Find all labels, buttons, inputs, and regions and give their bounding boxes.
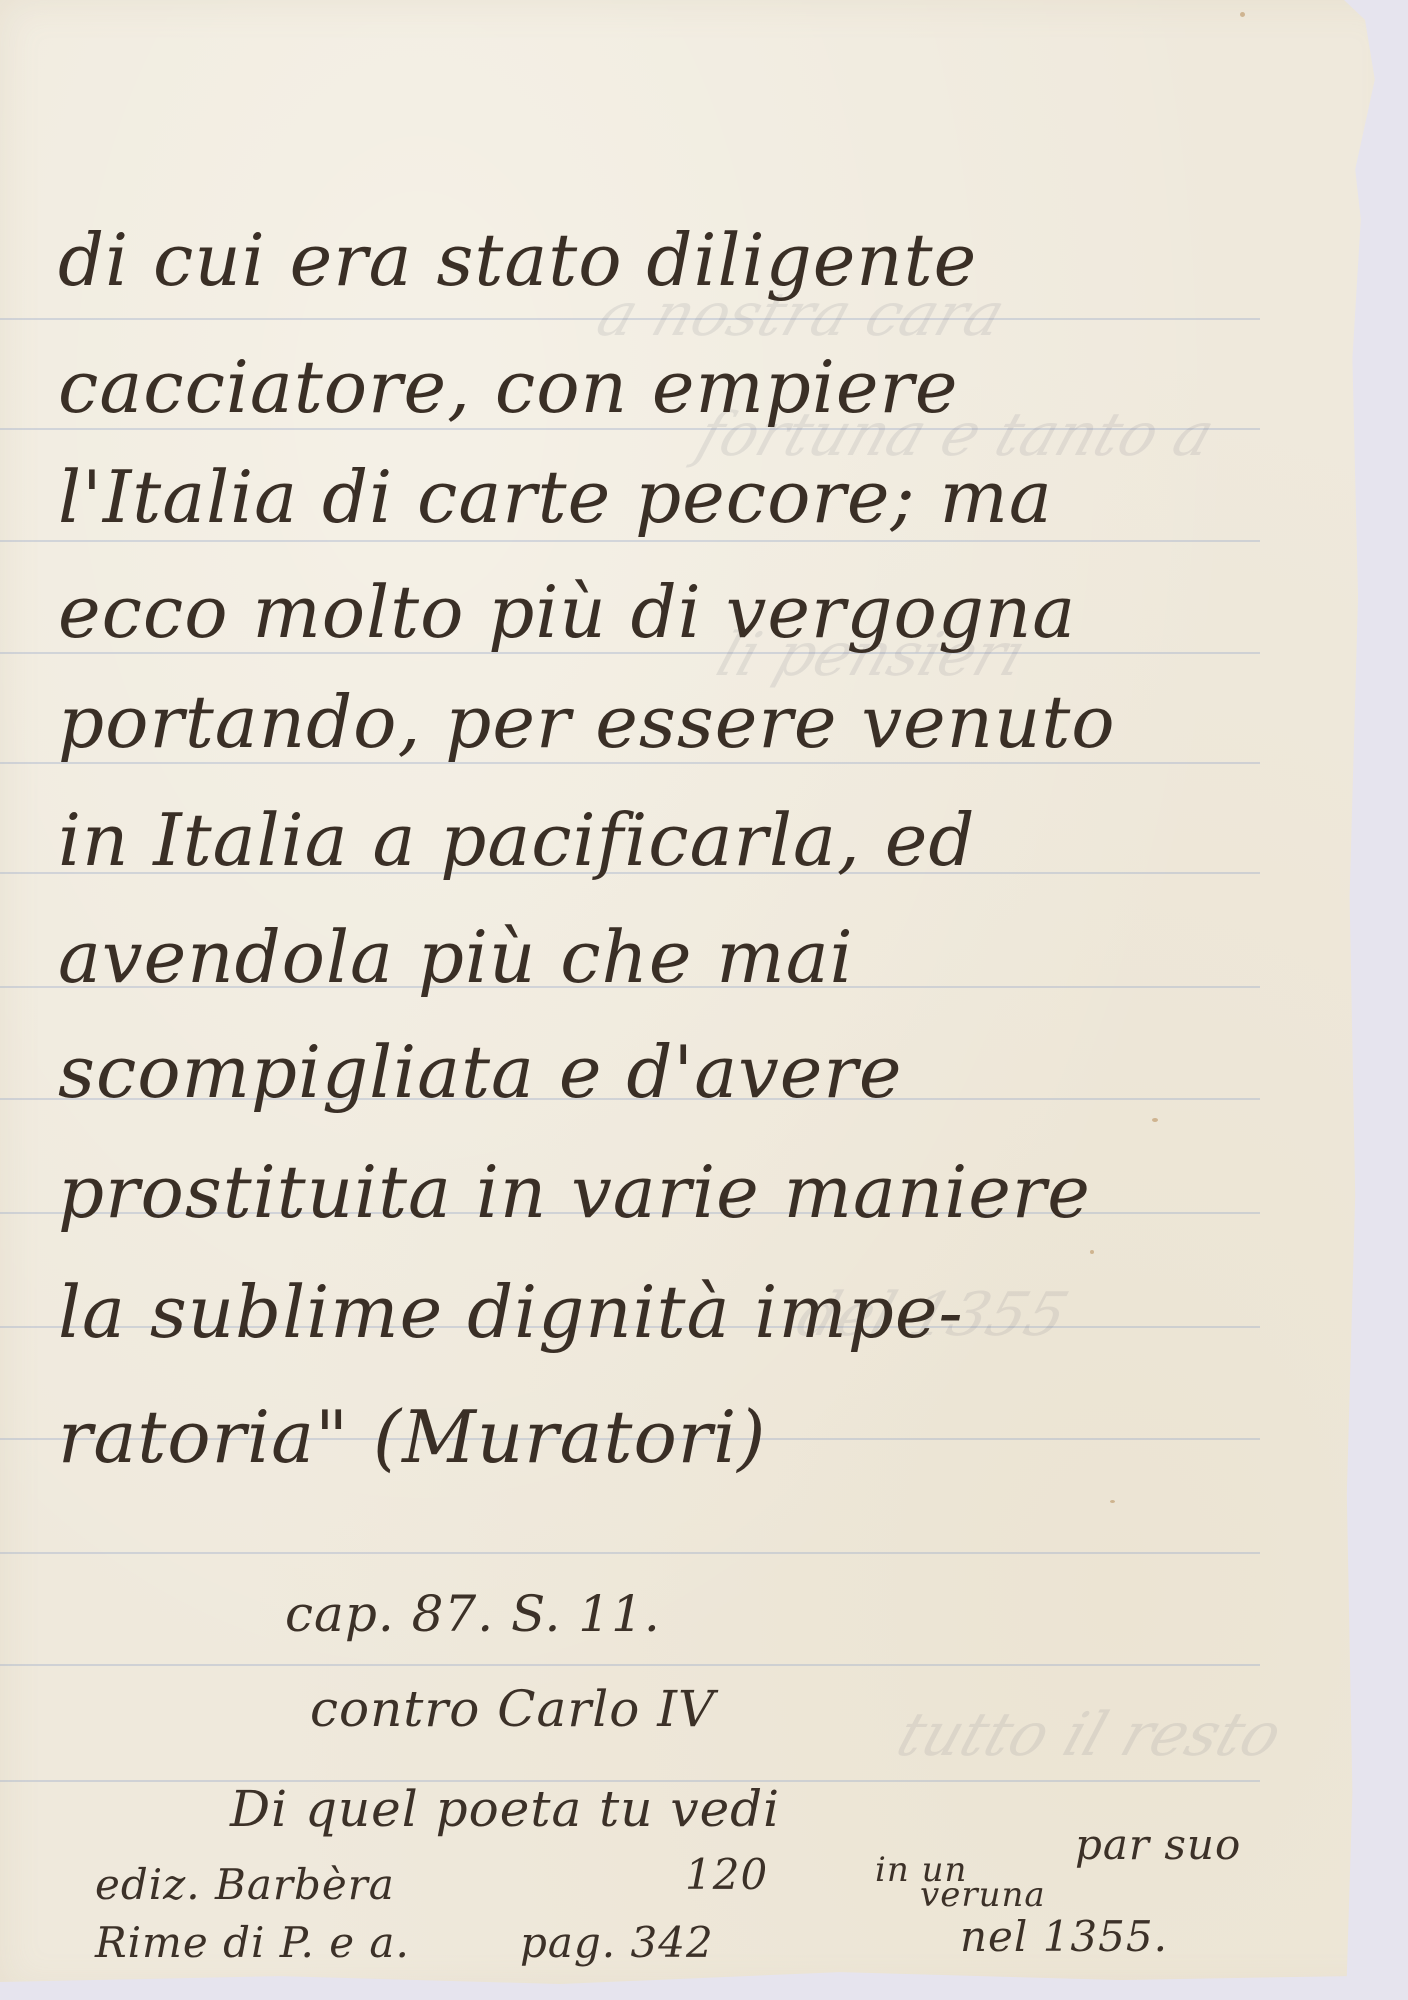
ruled-line: [0, 540, 1260, 542]
manuscript-line: in Italia a pacificarla, ed: [58, 798, 975, 882]
manuscript-line: prostituita in varie maniere: [58, 1150, 1091, 1234]
manuscript-line: portando, per essere venuto: [58, 680, 1116, 764]
number-note: 120: [685, 1850, 768, 1899]
bleed-through-text: tutto il resto: [889, 1700, 1291, 1770]
chapter-reference: cap. 87. S. 11.: [285, 1585, 661, 1643]
edition-detail: Rime di P. e a.: [95, 1918, 410, 1967]
ruled-line: [0, 1552, 1260, 1554]
subject-note: contro Carlo IV: [310, 1680, 715, 1738]
foxing-spot: [1090, 1250, 1094, 1254]
manuscript-line: cacciatore, con empiere: [58, 345, 959, 429]
manuscript-line: di cui era stato diligente: [58, 218, 977, 302]
manuscript-line: avendola più che mai: [58, 915, 854, 999]
foxing-spot: [1240, 12, 1245, 17]
edition-label: ediz. Barbèra: [95, 1860, 395, 1909]
manuscript-line: ecco molto più di vergogna: [58, 570, 1076, 654]
margin-note: par suo: [1075, 1820, 1241, 1869]
ruled-line: [0, 318, 1260, 320]
manuscript-line: scompigliata e d'avere: [58, 1030, 902, 1114]
poet-note: Di quel poeta tu vedi: [230, 1780, 780, 1838]
page-reference: pag. 342: [520, 1918, 714, 1967]
manuscript-page: a nostra cara fortuna e tanto a li pensi…: [0, 0, 1400, 1992]
manuscript-line: l'Italia di carte pecore; ma: [58, 455, 1053, 539]
manuscript-line: ratoria" (Muratori): [58, 1395, 766, 1479]
foxing-spot: [1110, 1500, 1115, 1503]
foxing-spot: [1152, 1118, 1158, 1122]
year-note: nel 1355.: [960, 1912, 1168, 1961]
margin-note: veruna: [920, 1875, 1046, 1915]
ruled-line: [0, 1664, 1260, 1666]
manuscript-line: la sublime dignità impe-: [58, 1270, 964, 1354]
